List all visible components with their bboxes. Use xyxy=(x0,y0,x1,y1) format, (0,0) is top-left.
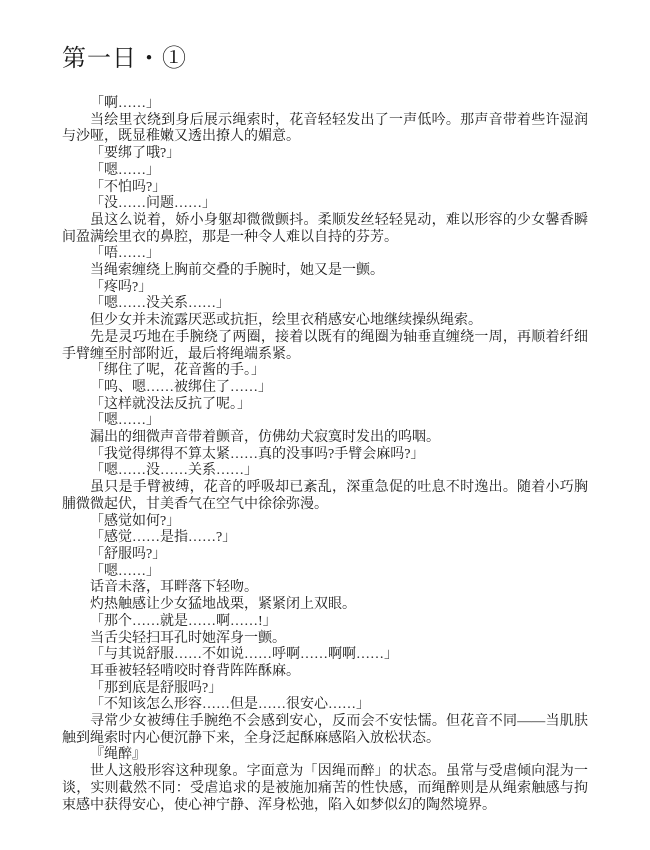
paragraph-narration: 耳垂被轻轻啃咬时脊背阵阵酥麻。 xyxy=(62,664,588,681)
paragraph-narration: 当舌尖轻扫耳孔时她浑身一颤。 xyxy=(62,631,588,648)
paragraph-narration: 虽只是手臂被缚，花音的呼吸却已紊乱，深重急促的吐息不时逸出。随着小巧胸脯微微起伏… xyxy=(62,480,588,513)
paragraph-dialogue: 「不知该怎么形容……但是……很安心……」 xyxy=(62,697,588,714)
paragraph-narration: 寻常少女被缚住手腕绝不会感到安心，反而会不安怯懦。但花音不同——当肌肤触到绳索时… xyxy=(62,714,588,747)
chapter-title: 第一日・① xyxy=(62,44,588,74)
paragraph-narration: 虽这么说着，娇小身躯却微微颤抖。柔顺发丝轻轻晃动，难以形容的少女馨香瞬间盈满绘里… xyxy=(62,213,588,246)
paragraph-dialogue: 「感觉……是指……?」 xyxy=(62,530,588,547)
paragraph-narration: 漏出的细微声音带着颤音，仿佛幼犬寂寞时发出的呜咽。 xyxy=(62,430,588,447)
paragraph-narration: 当绳索缠绕上胸前交叠的手腕时，她又是一颤。 xyxy=(62,263,588,280)
paragraph-dialogue: 「与其说舒服……不如说……呼啊……啊啊……」 xyxy=(62,647,588,664)
paragraph-dialogue: 『绳醉』 xyxy=(62,747,588,764)
paragraph-dialogue: 「不怕吗?」 xyxy=(62,180,588,197)
paragraph-narration: 但少女并未流露厌恶或抗拒，绘里衣稍感安心地继续操纵绳索。 xyxy=(62,313,588,330)
paragraph-dialogue: 「嗯……没关系……」 xyxy=(62,296,588,313)
paragraph-dialogue: 「嗯……」 xyxy=(62,413,588,430)
paragraph-dialogue: 「感觉如何?」 xyxy=(62,514,588,531)
paragraph-narration: 灼热触感让少女猛地战栗，紧紧闭上双眼。 xyxy=(62,597,588,614)
paragraph-dialogue: 「这样就没法反抗了呢。」 xyxy=(62,397,588,414)
paragraph-narration: 世人这般形容这种现象。字面意为「因绳而醉」的状态。虽常与受虐倾向混为一谈，实则截… xyxy=(62,764,588,814)
paragraph-dialogue: 「嗯……」 xyxy=(62,564,588,581)
paragraph-dialogue: 「我觉得绑得不算太紧……真的没事吗?手臂会麻吗?」 xyxy=(62,447,588,464)
paragraph-narration: 当绘里衣绕到身后展示绳索时，花音轻轻发出了一声低吟。那声音带着些许湿润与沙哑，既… xyxy=(62,113,588,146)
paragraph-dialogue: 「那到底是舒服吗?」 xyxy=(62,681,588,698)
paragraph-dialogue: 「要绑了哦?」 xyxy=(62,146,588,163)
paragraph-dialogue: 「唔……」 xyxy=(62,246,588,263)
body-paragraphs: 「啊……」当绘里衣绕到身后展示绳索时，花音轻轻发出了一声低吟。那声音带着些许湿润… xyxy=(62,96,588,814)
paragraph-dialogue: 「那个……就是……啊……!」 xyxy=(62,614,588,631)
paragraph-narration: 先是灵巧地在手腕绕了两圈，接着以既有的绳圈为轴垂直缠绕一周，再顺着纤细手臂缠至肘… xyxy=(62,330,588,363)
paragraph-dialogue: 「没……问题……」 xyxy=(62,196,588,213)
paragraph-narration: 话音未落，耳畔落下轻吻。 xyxy=(62,580,588,597)
paragraph-dialogue: 「嗯……没……关系……」 xyxy=(62,463,588,480)
paragraph-dialogue: 「嗯……」 xyxy=(62,163,588,180)
paragraph-dialogue: 「啊……」 xyxy=(62,96,588,113)
paragraph-dialogue: 「呜、嗯……被绑住了……」 xyxy=(62,380,588,397)
paragraph-dialogue: 「绑住了呢，花音酱的手。」 xyxy=(62,363,588,380)
document-page: 第一日・① 「啊……」当绘里衣绕到身后展示绳索时，花音轻轻发出了一声低吟。那声音… xyxy=(0,0,650,850)
paragraph-dialogue: 「疼吗?」 xyxy=(62,280,588,297)
paragraph-dialogue: 「舒服吗?」 xyxy=(62,547,588,564)
